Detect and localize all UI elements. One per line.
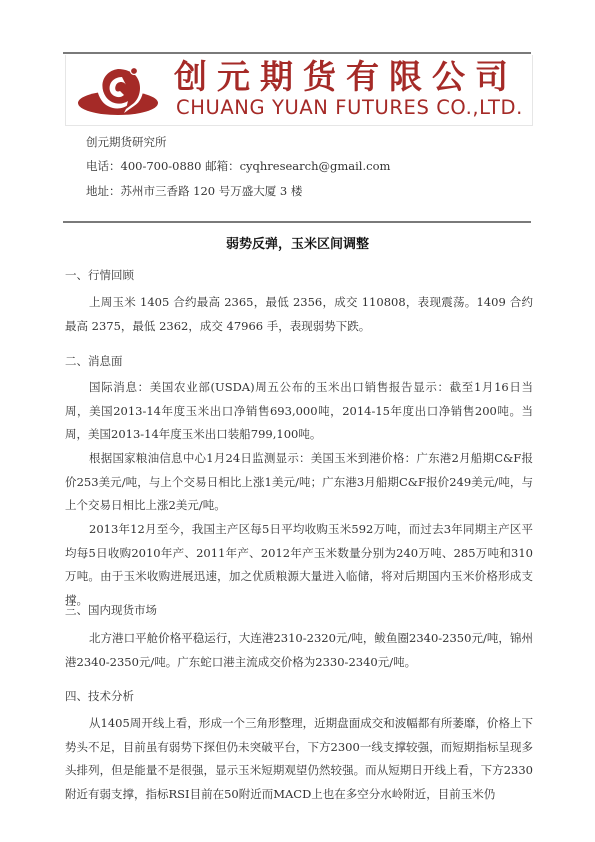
paragraph-spot-market: 北方港口平舱价格平稳运行，大连港2310-2320元/吨，鲅鱼圈2340-235…: [65, 627, 533, 674]
paragraph-news-port-prices: 根据国家粮油信息中心1月24日监测显示：美国玉米到港价格：广东港2月船期C&F报…: [65, 447, 533, 518]
section-heading-news: 二、消息面: [65, 353, 123, 369]
company-logo-banner: 创元期货有限公司 CHUANG YUAN FUTURES CO.,LTD.: [65, 55, 533, 126]
header-bottom-rule: [63, 221, 531, 223]
paragraph-technical-analysis: 从1405周开线上看，形成一个三角形整理，近期盘面成交和波幅都有所萎靡，价格上下…: [65, 712, 533, 806]
section-heading-spot-market: 三、国内现货市场: [65, 602, 157, 618]
chuangyuan-logo-icon: [76, 59, 168, 121]
section-heading-technical-analysis: 四、技术分析: [65, 688, 134, 704]
institute-name: 创元期货研究所: [86, 135, 167, 149]
contact-phone-email: 电话：400-700-0880 邮箱：cyqhresearch@gmail.co…: [86, 159, 390, 173]
contact-address: 地址：苏州市三香路 120 号万盛大厦 3 楼: [86, 184, 302, 198]
paragraph-news-purchasing: 2013年12月至今，我国主产区每5日平均收购玉米592万吨，而过去3年同期主产…: [65, 518, 533, 612]
document-title: 弱势反弹，玉米区间调整: [0, 233, 595, 252]
company-name-en: CHUANG YUAN FUTURES CO.,LTD.: [176, 97, 523, 119]
company-name-cn: 创元期货有限公司: [174, 58, 518, 96]
section-heading-market-review: 一、行情回顾: [65, 267, 134, 283]
paragraph-market-review: 上周玉米 1405 合约最高 2365，最低 2356，成交 110808，表现…: [65, 291, 533, 338]
header-top-rule: [63, 52, 531, 54]
paragraph-news-international: 国际消息：美国农业部(USDA)周五公布的玉米出口销售报告显示：截至1月16日当…: [65, 376, 533, 447]
